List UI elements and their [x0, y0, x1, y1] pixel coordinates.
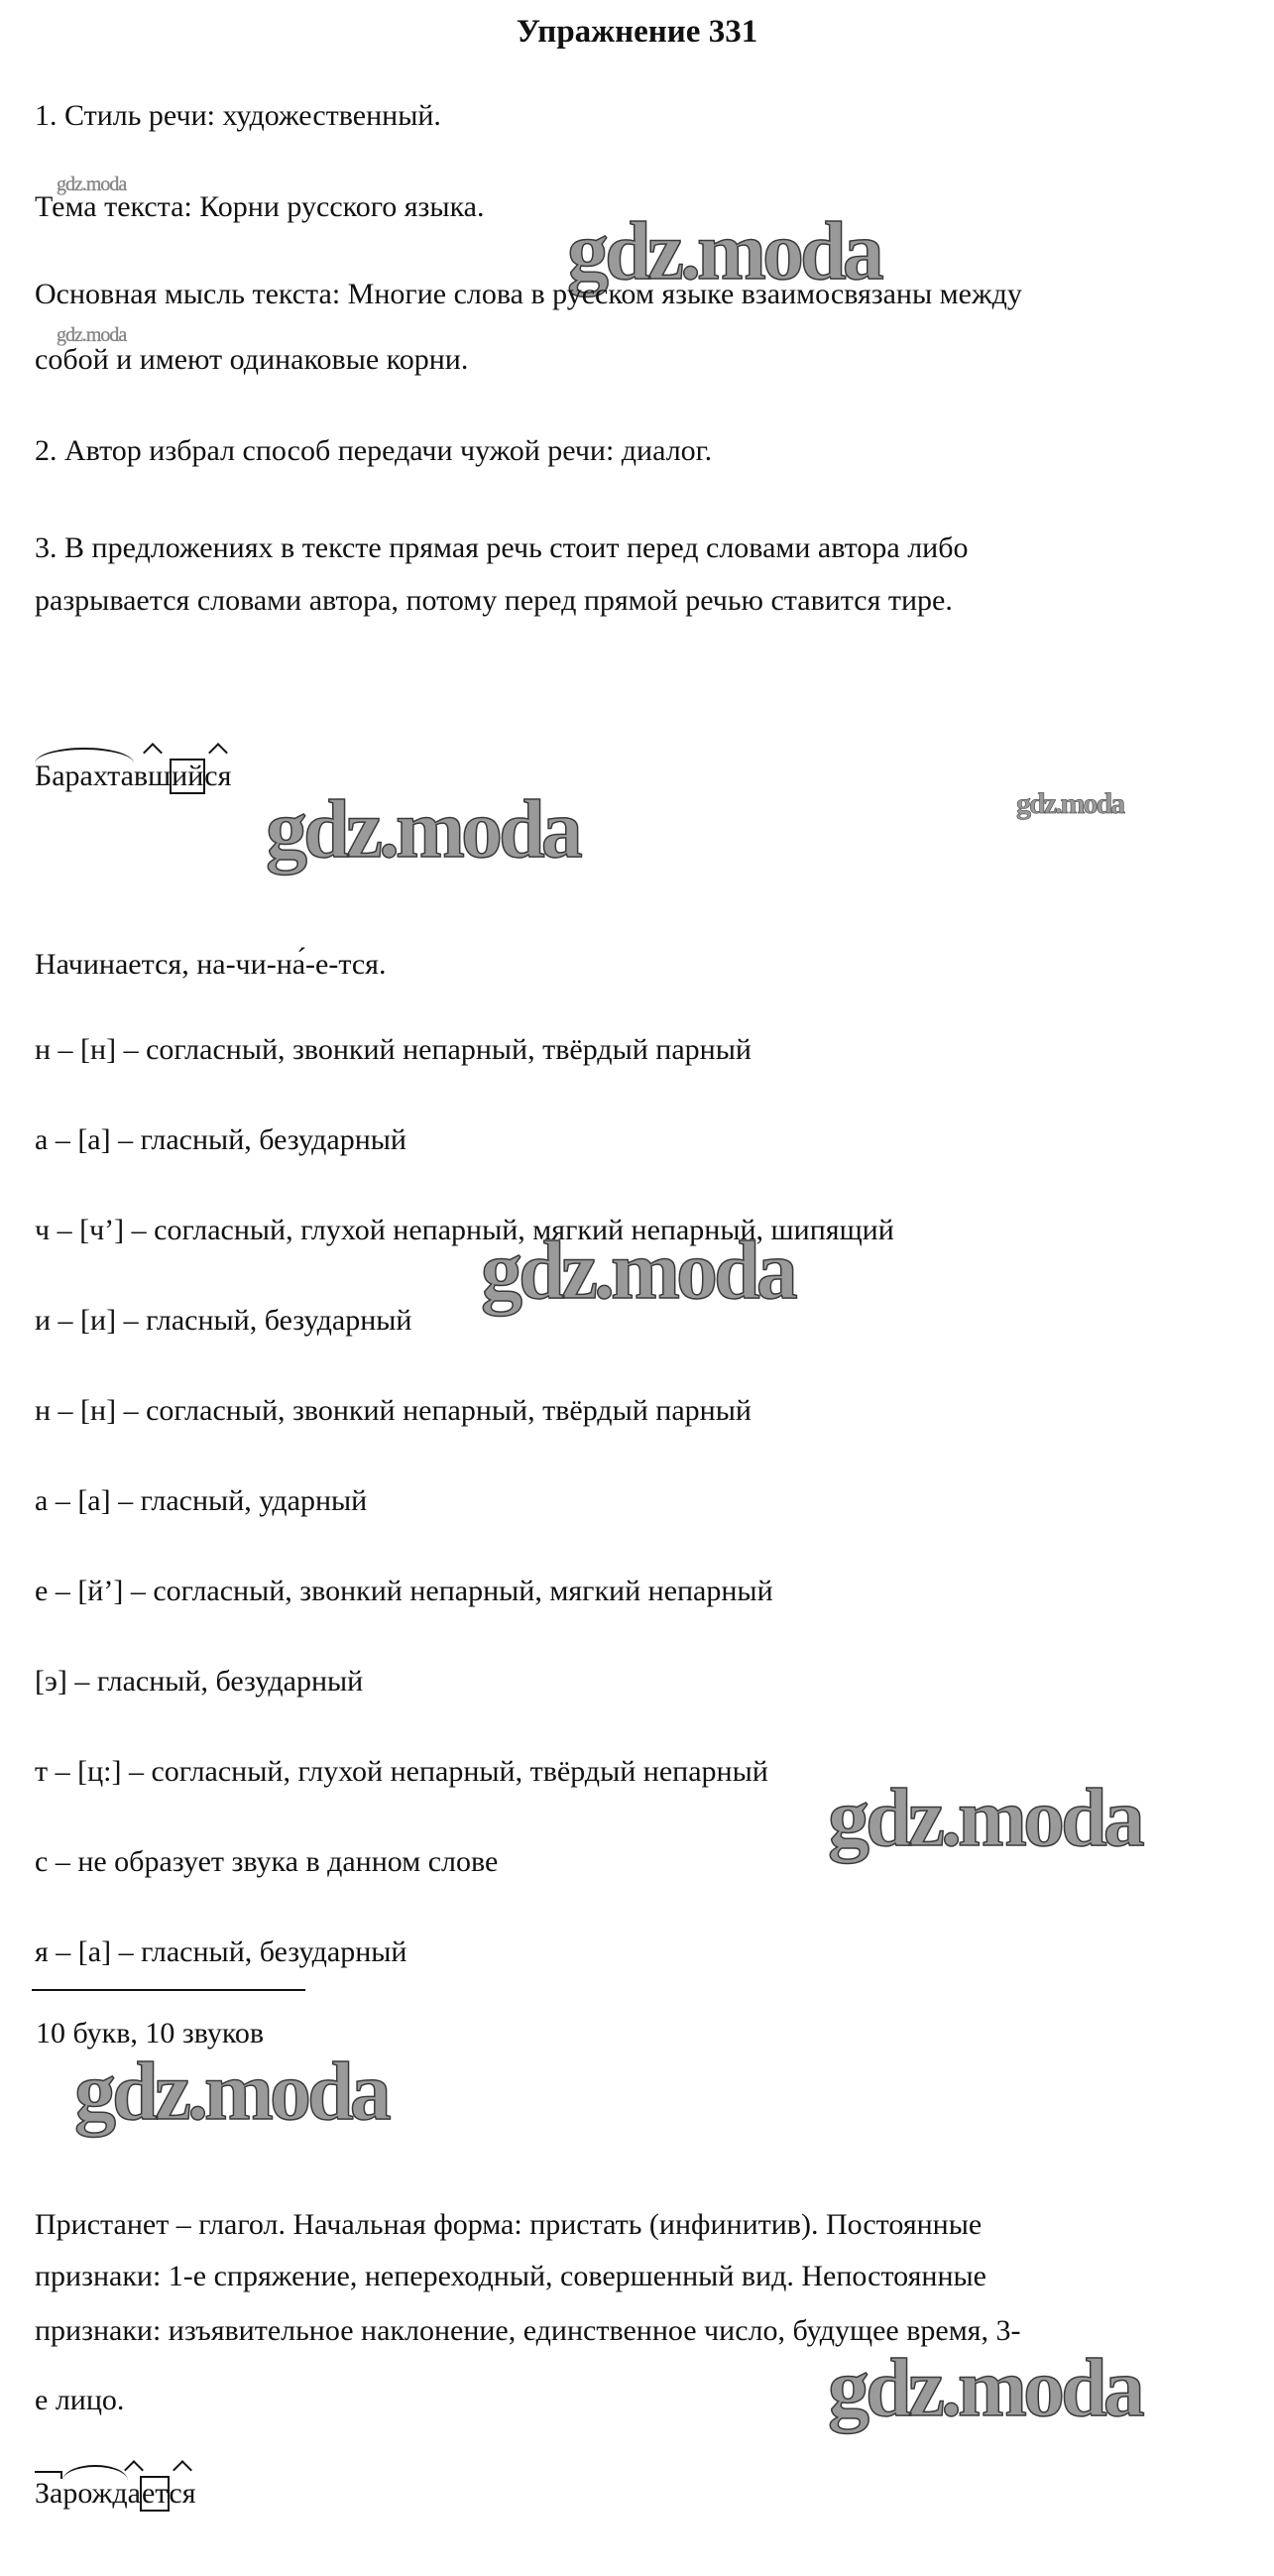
text-theme: Тема текста: Корни русского языка.	[35, 190, 485, 224]
watermark-large: gdz.moda	[266, 788, 579, 872]
phonetic-line: и – [и] – гласный, безударный	[35, 1304, 411, 1338]
page-title: Упражнение 331	[0, 12, 1274, 52]
phonetic-line: т – [ц:] – согласный, глухой непарный, т…	[35, 1755, 768, 1789]
watermark-large: gdz.moda	[828, 1777, 1141, 1860]
speech-style: 1. Стиль речи: художественный.	[35, 99, 441, 133]
morpheme-suffix: ся	[204, 760, 231, 793]
watermark-large: gdz.moda	[828, 2347, 1141, 2430]
phonetic-line: с – не образует звука в данном слове	[35, 1845, 498, 1879]
morpheme-breakdown-zarozhdaetsya: Зарождается	[35, 2477, 196, 2511]
morpheme-root: рожд	[62, 2477, 127, 2511]
morpheme-prefix: За	[35, 2477, 62, 2511]
divider-line	[32, 1989, 305, 1991]
phonetic-heading: Начинается, на-чи-на́-е-тся.	[35, 948, 386, 982]
morphology-line-1: Пристанет – глагол. Начальная форма: при…	[35, 2208, 982, 2242]
watermark-small: gdz.moda	[57, 325, 126, 345]
morphology-line-2: признаки: 1-е спряжение, непереходный, с…	[35, 2260, 986, 2293]
phonetic-line: а – [а] – гласный, ударный	[35, 1484, 367, 1518]
watermark-large: gdz.moda	[74, 2050, 388, 2134]
phonetic-line: е – [й’] – согласный, звонкий непарный, …	[35, 1575, 773, 1608]
phonetic-line: а – [а] – гласный, безударный	[35, 1123, 406, 1157]
main-idea-line-2: собой и имеют одинаковые корни.	[35, 343, 468, 377]
phonetic-line: н – [н] – согласный, звонкий непарный, т…	[35, 1033, 752, 1067]
direct-speech-line-1: 3. В предложениях в тексте прямая речь с…	[35, 531, 968, 565]
morpheme-root: Барахта	[35, 760, 134, 793]
main-idea-line-1: Основная мысль текста: Многие слова в ру…	[35, 278, 1022, 311]
morpheme-ending: ет	[141, 2477, 169, 2511]
watermark-medium: gdz.moda	[1016, 789, 1123, 819]
morpheme-suffix: а	[128, 2477, 141, 2511]
phonetic-line: я – [а] – гласный, безударный	[35, 1935, 406, 1969]
speech-method: 2. Автор избрал способ передачи чужой ре…	[35, 434, 712, 468]
direct-speech-line-2: разрывается словами автора, потому перед…	[35, 584, 953, 618]
morphology-line-4: е лицо.	[35, 2384, 124, 2417]
morpheme-suffix: вш	[134, 760, 171, 793]
phonetic-line: [э] – гласный, безударный	[35, 1665, 363, 1698]
watermark-large: gdz.moda	[481, 1229, 794, 1313]
morpheme-breakdown-barakhtavshiysya: Барахтавшийся	[35, 760, 231, 793]
morpheme-ending: ий	[171, 760, 204, 793]
morpheme-suffix: ся	[169, 2477, 195, 2511]
phonetic-line: н – [н] – согласный, звонкий непарный, т…	[35, 1394, 752, 1428]
